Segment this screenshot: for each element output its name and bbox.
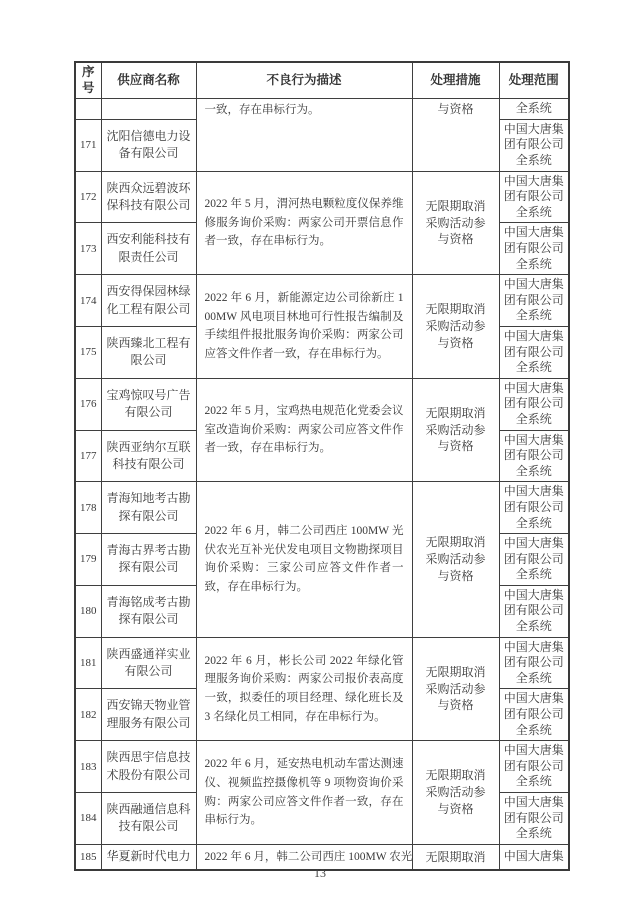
cell-misconduct-description: 2022 年 5 月，宝鸡热电规范化党委会议室改造询价采购：两家公司应答文件作者… bbox=[196, 378, 412, 482]
cell-serial-number: 179 bbox=[75, 534, 101, 586]
cell-measures: 无限期取消采购活动参与资格 bbox=[412, 171, 499, 275]
cell-supplier-name: 沈阳信德电力设备有限公司 bbox=[101, 119, 196, 171]
cell-misconduct-description: 2022 年 6 月，延安热电机动车雷达测速仪、视频监控摄像机等 9 项物资询价… bbox=[196, 741, 412, 845]
table-row: 174西安得保园林绿化工程有限公司2022 年 6 月，新能源定边公司徐新庄 1… bbox=[75, 275, 569, 327]
cell-scope: 中国大唐集团有限公司全系统 bbox=[499, 275, 569, 327]
cell-supplier-name: 陕西盛通祥实业有限公司 bbox=[101, 637, 196, 689]
cell-misconduct-description: 2022 年 5 月，渭河热电颗粒度仪保养维修服务询价采购：两家公司开票信息作者… bbox=[196, 171, 412, 275]
cell-serial-number: 180 bbox=[75, 585, 101, 637]
cell-supplier-name: 宝鸡惊叹号广告有限公司 bbox=[101, 378, 196, 430]
table-row: 183陕西思宇信息技术股份有限公司2022 年 6 月，延安热电机动车雷达测速仪… bbox=[75, 741, 569, 793]
cell-scope: 中国大唐集团有限公司全系统 bbox=[499, 534, 569, 586]
cell-scope: 中国大唐集团有限公司全系统 bbox=[499, 171, 569, 223]
cell-scope: 中国大唐集团有限公司全系统 bbox=[499, 119, 569, 171]
cell-supplier-name: 青海知地考古勘探有限公司 bbox=[101, 482, 196, 534]
col-header-index: 序号 bbox=[75, 62, 101, 99]
cell-supplier-name: 西安得保园林绿化工程有限公司 bbox=[101, 275, 196, 327]
document-page: 序号供应商名称不良行为描述处理措施处理范围 一致，存在串标行为。与资格全系统17… bbox=[0, 0, 640, 905]
supplier-misconduct-table: 序号供应商名称不良行为描述处理措施处理范围 一致，存在串标行为。与资格全系统17… bbox=[74, 61, 570, 871]
cell-serial-number: 175 bbox=[75, 326, 101, 378]
cell-supplier-name: 西安利能科技有限责任公司 bbox=[101, 223, 196, 275]
table-row: 一致，存在串标行为。与资格全系统 bbox=[75, 99, 569, 120]
cell-misconduct-description: 一致，存在串标行为。 bbox=[196, 99, 412, 171]
cell-misconduct-description: 2022 年 6 月，彬长公司 2022 年绿化管理服务询价采购：两家公司报价表… bbox=[196, 637, 412, 741]
cell-serial-number: 182 bbox=[75, 689, 101, 741]
cell-supplier-name: 陕西臻北工程有限公司 bbox=[101, 326, 196, 378]
table-row: 181陕西盛通祥实业有限公司2022 年 6 月，彬长公司 2022 年绿化管理… bbox=[75, 637, 569, 689]
cell-scope: 中国大唐集团有限公司全系统 bbox=[499, 637, 569, 689]
cell-serial-number: 184 bbox=[75, 793, 101, 845]
cell-scope: 中国大唐集团有限公司全系统 bbox=[499, 741, 569, 793]
cell-measures: 与资格 bbox=[412, 99, 499, 171]
cell-serial-number bbox=[75, 99, 101, 120]
table-header-row: 序号供应商名称不良行为描述处理措施处理范围 bbox=[75, 62, 569, 99]
cell-scope: 中国大唐集团有限公司全系统 bbox=[499, 326, 569, 378]
table-row: 176宝鸡惊叹号广告有限公司2022 年 5 月，宝鸡热电规范化党委会议室改造询… bbox=[75, 378, 569, 430]
cell-serial-number: 174 bbox=[75, 275, 101, 327]
cell-scope: 中国大唐集团有限公司全系统 bbox=[499, 585, 569, 637]
cell-scope: 中国大唐集团有限公司全系统 bbox=[499, 430, 569, 482]
cell-supplier-name: 青海铭成考古勘探有限公司 bbox=[101, 585, 196, 637]
cell-measures: 无限期取消采购活动参与资格 bbox=[412, 378, 499, 482]
cell-serial-number: 171 bbox=[75, 119, 101, 171]
table-row: 172陕西众远碧波环保科技有限公司2022 年 5 月，渭河热电颗粒度仪保养维修… bbox=[75, 171, 569, 223]
cell-scope: 中国大唐集团有限公司全系统 bbox=[499, 793, 569, 845]
cell-scope: 中国大唐集团有限公司全系统 bbox=[499, 378, 569, 430]
col-header-measures: 处理措施 bbox=[412, 62, 499, 99]
cell-scope: 中国大唐集团有限公司全系统 bbox=[499, 223, 569, 275]
col-header-desc: 不良行为描述 bbox=[196, 62, 412, 99]
col-header-scope: 处理范围 bbox=[499, 62, 569, 99]
cell-serial-number: 176 bbox=[75, 378, 101, 430]
cell-serial-number: 172 bbox=[75, 171, 101, 223]
cell-measures: 无限期取消采购活动参与资格 bbox=[412, 275, 499, 379]
cell-measures: 无限期取消采购活动参与资格 bbox=[412, 741, 499, 845]
page-number: 13 bbox=[0, 866, 640, 881]
cell-measures: 无限期取消采购活动参与资格 bbox=[412, 482, 499, 637]
cell-supplier-name: 陕西众远碧波环保科技有限公司 bbox=[101, 171, 196, 223]
cell-scope: 中国大唐集团有限公司全系统 bbox=[499, 689, 569, 741]
cell-serial-number: 183 bbox=[75, 741, 101, 793]
table-row: 178青海知地考古勘探有限公司2022 年 6 月，韩二公司西庄 100MW 光… bbox=[75, 482, 569, 534]
cell-scope: 中国大唐集团有限公司全系统 bbox=[499, 482, 569, 534]
cell-supplier-name: 陕西思宇信息技术股份有限公司 bbox=[101, 741, 196, 793]
cell-supplier-name: 西安锦天物业管理服务有限公司 bbox=[101, 689, 196, 741]
cell-measures: 无限期取消采购活动参与资格 bbox=[412, 637, 499, 741]
cell-misconduct-description: 2022 年 6 月，新能源定边公司徐新庄 100MW 风电项目林地可行性报告编… bbox=[196, 275, 412, 379]
cell-supplier-name: 青海古界考古勘探有限公司 bbox=[101, 534, 196, 586]
cell-serial-number: 177 bbox=[75, 430, 101, 482]
cell-misconduct-description: 2022 年 6 月，韩二公司西庄 100MW 光伏农光互补光伏发电项目文物勘探… bbox=[196, 482, 412, 637]
cell-supplier-name bbox=[101, 99, 196, 120]
cell-scope: 全系统 bbox=[499, 99, 569, 120]
cell-supplier-name: 陕西亚纳尔互联科技有限公司 bbox=[101, 430, 196, 482]
cell-supplier-name: 陕西融通信息科技有限公司 bbox=[101, 793, 196, 845]
cell-serial-number: 173 bbox=[75, 223, 101, 275]
col-header-name: 供应商名称 bbox=[101, 62, 196, 99]
cell-serial-number: 181 bbox=[75, 637, 101, 689]
cell-serial-number: 178 bbox=[75, 482, 101, 534]
